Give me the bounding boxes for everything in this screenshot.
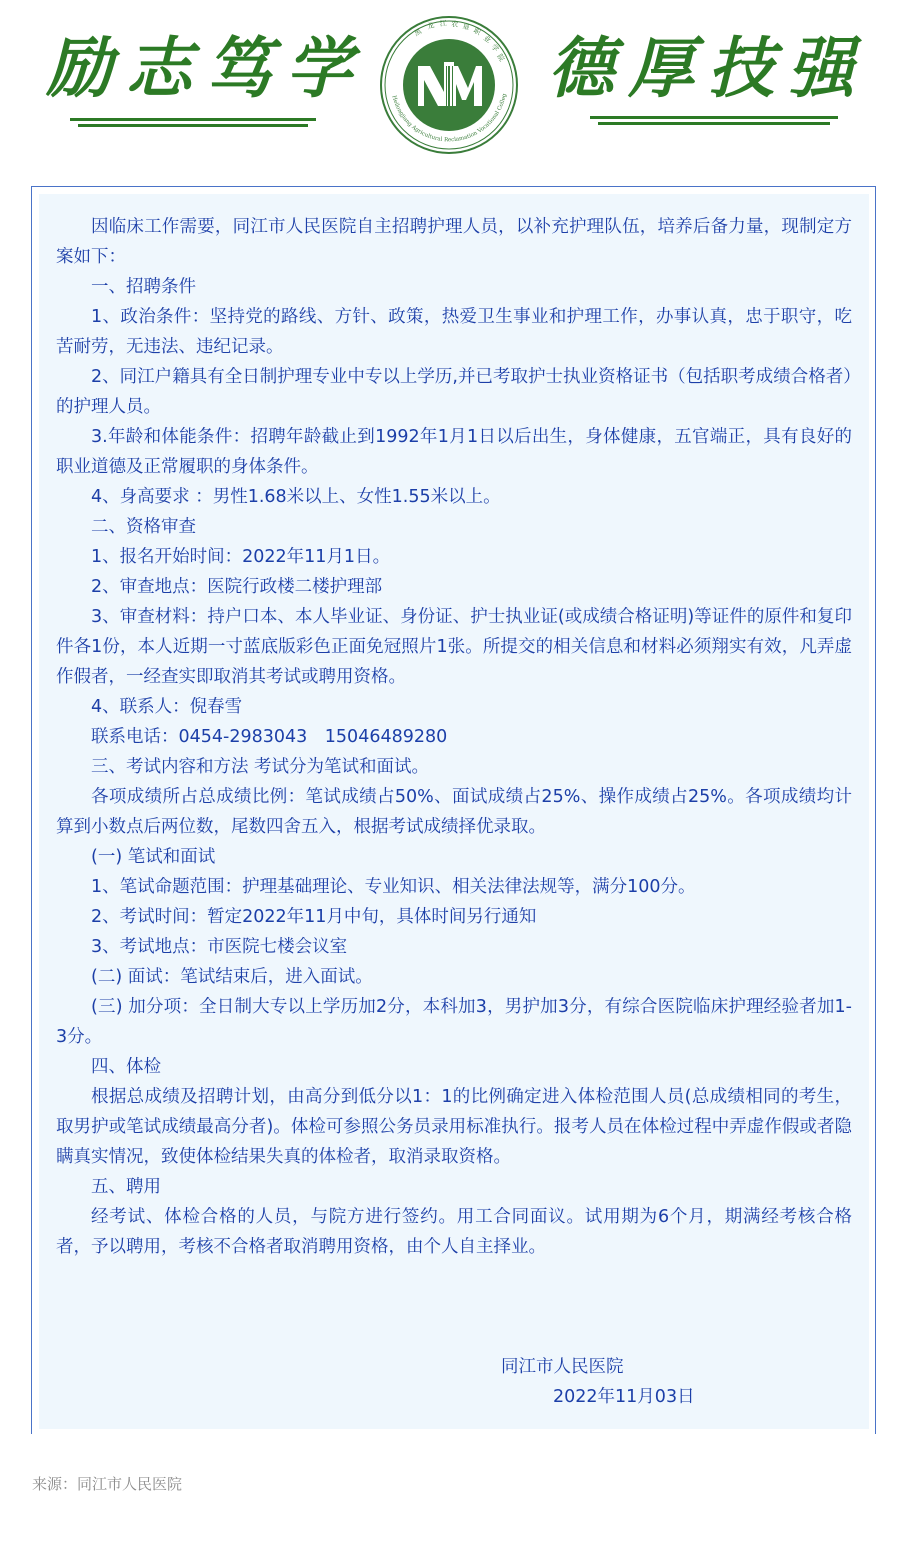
condition-height: 4、身高要求 ：男性1.68米以上、女性1.55米以上。 [56,482,852,512]
review-location: 2、审查地点：医院行政楼二楼护理部 [56,572,852,602]
source-attribution: 来源：同江市人民医院 [32,1472,182,1496]
subsection-bonus-points: (三) 加分项：全日制大专以上学历加2分，本科加3，男护加3分，有综合医院临床护… [56,992,852,1052]
condition-age-fitness: 3.年龄和体能条件：招聘年龄截止到1992年1月1日以后出生，身体健康，五官端正… [56,422,852,482]
college-emblem-icon: 黑 龙 江 农 垦 职 业 学 院 Heilongjiang Agricultu… [378,14,520,156]
motto-right-underline-bottom [598,122,830,125]
signature-date: 2022年11月03日 [553,1382,695,1412]
condition-political: 1、政治条件：坚持党的路线、方针、政策，热爱卫生事业和护理工作，办事认真，忠于职… [56,302,852,362]
physical-exam-details: 根据总成绩及招聘计划，由高分到低分以1：1的比例确定进入体检范围人员(总成绩相同… [56,1082,852,1172]
motto-left-underline-bottom [78,124,308,127]
exam-location: 3、考试地点：市医院七楼会议室 [56,932,852,962]
signature-organization: 同江市人民医院 [501,1352,624,1382]
article-body: 因临床工作需要，同江市人民医院自主招聘护理人员，以补充护理队伍，培养后备力量，现… [56,212,852,1262]
header-banner: 励志笃学 黑 龙 江 农 垦 职 业 学 院 Heilongjia [0,0,911,180]
section-heading-qualification-review: 二、资格审查 [56,512,852,542]
contact-phone: 联系电话：0454-2983043 15046489280 [56,722,852,752]
svg-text:农: 农 [451,19,459,29]
condition-education: 2、同江户籍具有全日制护理专业中专以上学历,并已考取护士执业资格证书（包括职考成… [56,362,852,422]
motto-left: 励志笃学 [46,28,366,108]
subsection-interview: (二) 面试：笔试结束后，进入面试。 [56,962,852,992]
intro-paragraph: 因临床工作需要，同江市人民医院自主招聘护理人员，以补充护理队伍，培养后备力量，现… [56,212,852,272]
employment-details: 经考试、体检合格的人员，与院方进行签约。用工合同面议。试用期为6个月，期满经考核… [56,1202,852,1262]
section-heading-employment: 五、聘用 [56,1172,852,1202]
section-heading-physical-exam: 四、体检 [56,1052,852,1082]
motto-right-underline-top [590,116,838,119]
score-weighting: 各项成绩所占总成绩比例：笔试成绩占50%、面试成绩占25%、操作成绩占25%。各… [56,782,852,842]
exam-time: 2、考试时间：暂定2022年11月中旬，具体时间另行通知 [56,902,852,932]
contact-person: 4、联系人：倪春雪 [56,692,852,722]
section-heading-exam: 三、考试内容和方法 考试分为笔试和面试。 [56,752,852,782]
section-heading-recruitment-conditions: 一、招聘条件 [56,272,852,302]
exam-scope: 1、笔试命题范围：护理基础理论、专业知识、相关法律法规等，满分100分。 [56,872,852,902]
review-materials: 3、审查材料：持户口本、本人毕业证、身份证、护士执业证(或成绩合格证明)等证件的… [56,602,852,692]
review-start-date: 1、报名开始时间：2022年11月1日。 [56,542,852,572]
motto-right: 德厚技强 [548,28,868,108]
svg-text:江: 江 [439,18,447,28]
subsection-written-interview: (一) 笔试和面试 [56,842,852,872]
motto-left-underline-top [70,118,316,121]
